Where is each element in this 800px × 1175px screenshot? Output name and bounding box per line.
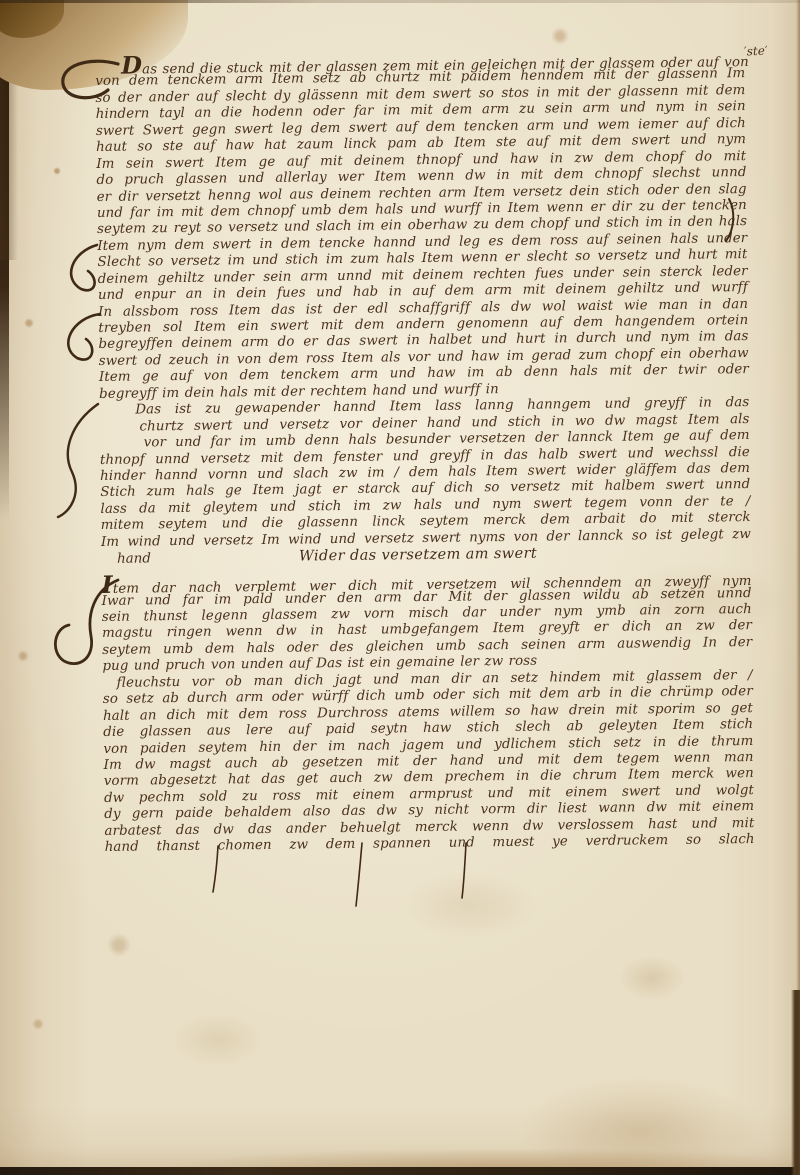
section-heading: Wider das versetzem am swert (299, 546, 537, 566)
text-block: Das send die stuck mit der glassen zem m… (95, 50, 755, 856)
manuscript-page: ′ste′ Das send die stuck mit der glassen… (0, 0, 800, 1175)
initial-flourish (71, 245, 97, 290)
initial-flourish (68, 314, 100, 360)
page-top-edge (0, 0, 800, 3)
initial-flourish (58, 404, 98, 517)
closing-word: hand (117, 550, 151, 567)
book-bottom-edge (0, 1167, 800, 1175)
bottom-browning (0, 1143, 800, 1169)
paragraph-2: Item dar nach verplemt wer dich mit vers… (101, 569, 754, 856)
paragraph-1: Das send die stuck mit der glassen zem m… (95, 50, 751, 551)
page-right-edge (796, 0, 800, 1175)
